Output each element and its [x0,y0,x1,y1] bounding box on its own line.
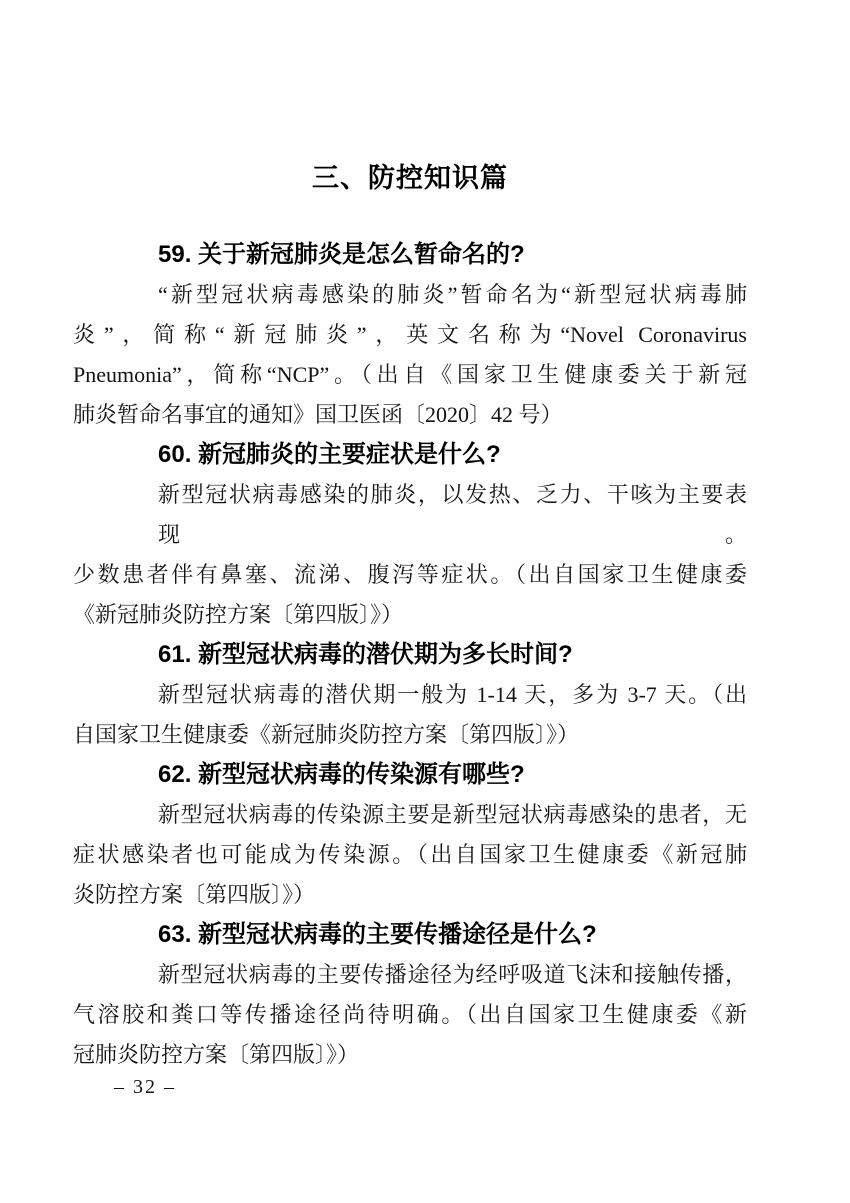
answer-line: Pneumonia”，简称“NCP”。（出自《国家卫生健康委关于新冠 [73,355,747,395]
page-content: 三、防控知识篇 59. 关于新冠肺炎是怎么暂命名的? “新型冠状病毒感染的肺炎”… [73,158,747,1075]
answer: 新型冠状病毒的潜伏期一般为 1-14 天，多为 3-7 天。（出 自国家卫生健康… [73,675,747,755]
answer-line: 炎”，简称“新冠肺炎”，英文名称为“Novel Coronavirus [73,315,747,355]
answer: 新型冠状病毒感染的肺炎，以发热、乏力、干咳为主要表现。 少数患者伴有鼻塞、流涕、… [73,475,747,635]
answer-line: 《新冠肺炎防控方案〔第四版〕》） [73,595,747,635]
qa-item-59: 59. 关于新冠肺炎是怎么暂命名的? “新型冠状病毒感染的肺炎”暂命名为“新型冠… [73,235,747,435]
answer: 新型冠状病毒的传染源主要是新型冠状病毒感染的患者，无 症状感染者也可能成为传染源… [73,795,747,915]
qa-item-62: 62. 新型冠状病毒的传染源有哪些? 新型冠状病毒的传染源主要是新型冠状病毒感染… [73,755,747,915]
answer: 新型冠状病毒的主要传播途径为经呼吸道飞沫和接触传播， 气溶胶和粪口等传播途径尚待… [73,955,747,1075]
qa-item-61: 61. 新型冠状病毒的潜伏期为多长时间? 新型冠状病毒的潜伏期一般为 1-14 … [73,635,747,755]
answer-line: 新型冠状病毒的主要传播途径为经呼吸道飞沫和接触传播， [73,955,747,995]
qa-item-60: 60. 新冠肺炎的主要症状是什么? 新型冠状病毒感染的肺炎，以发热、乏力、干咳为… [73,435,747,635]
section-title: 三、防控知识篇 [73,158,747,198]
answer-line: 新型冠状病毒感染的肺炎，以发热、乏力、干咳为主要表现。 [73,475,747,555]
answer-line: 气溶胶和粪口等传播途径尚待明确。（出自国家卫生健康委《新 [73,995,747,1035]
answer-line: 新型冠状病毒的潜伏期一般为 1-14 天，多为 3-7 天。（出 [73,675,747,715]
qa-item-63: 63. 新型冠状病毒的主要传播途径是什么? 新型冠状病毒的主要传播途径为经呼吸道… [73,915,747,1075]
answer-line: 肺炎暂命名事宜的通知》国卫医函〔2020〕42 号） [73,395,747,435]
answer-line: 炎防控方案〔第四版〕》） [73,875,747,915]
answer: “新型冠状病毒感染的肺炎”暂命名为“新型冠状病毒肺 炎”，简称“新冠肺炎”，英文… [73,275,747,435]
answer-line: 自国家卫生健康委《新冠肺炎防控方案〔第四版〕》） [73,715,747,755]
answer-line: “新型冠状病毒感染的肺炎”暂命名为“新型冠状病毒肺 [73,275,747,315]
question-heading: 63. 新型冠状病毒的主要传播途径是什么? [73,915,747,955]
question-heading: 62. 新型冠状病毒的传染源有哪些? [73,755,747,795]
question-heading: 60. 新冠肺炎的主要症状是什么? [73,435,747,475]
question-heading: 61. 新型冠状病毒的潜伏期为多长时间? [73,635,747,675]
answer-line: 症状感染者也可能成为传染源。（出自国家卫生健康委《新冠肺 [73,835,747,875]
question-heading: 59. 关于新冠肺炎是怎么暂命名的? [73,235,747,275]
answer-line: 冠肺炎防控方案〔第四版〕》） [73,1035,747,1075]
document-page: 三、防控知识篇 59. 关于新冠肺炎是怎么暂命名的? “新型冠状病毒感染的肺炎”… [0,0,850,1203]
answer-line: 少数患者伴有鼻塞、流涕、腹泻等症状。（出自国家卫生健康委 [73,555,747,595]
page-number: – 32 – [114,1074,176,1100]
answer-line: 新型冠状病毒的传染源主要是新型冠状病毒感染的患者，无 [73,795,747,835]
